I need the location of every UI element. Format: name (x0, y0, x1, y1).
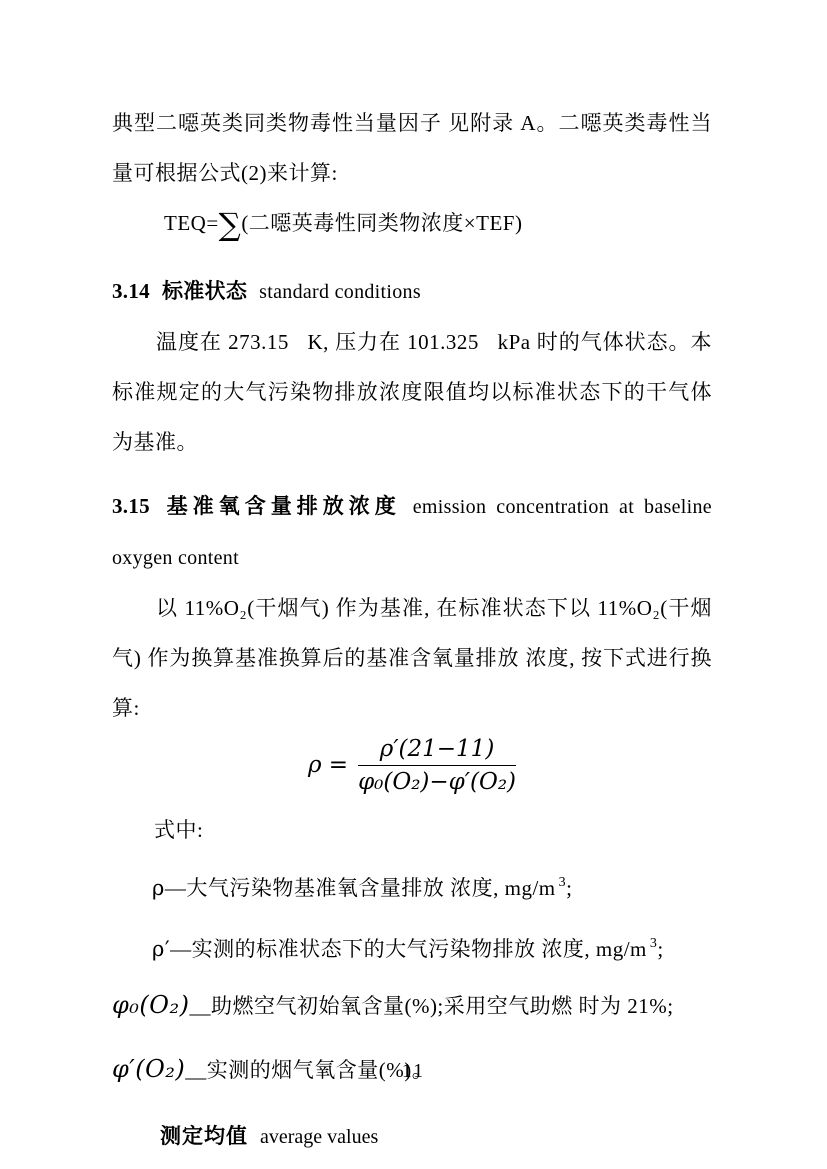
section-title-en: standard conditions (259, 281, 421, 303)
paragraph-standard-conditions: 温度在 273.15 K, 压力在 101.325 kPa 时的气体状态。本标准… (112, 317, 712, 467)
equation-teq-lhs: TEQ= (164, 211, 219, 235)
where-label: 式中: (112, 805, 712, 855)
definition-phi0-o2: φ₀(O₂)—助燃空气初始氧含量(%);采用空气助燃 时为 21%; (112, 977, 712, 1041)
page-number: 11 (0, 1060, 827, 1083)
definition-tail: ; (566, 876, 572, 900)
equation-teq: TEQ=∑(二噁英毒性同类物浓度×TEF) (112, 198, 712, 250)
definition-text: 大气污染物基准氧含量排放 浓度, mg/m (186, 876, 555, 900)
avg-title-en: average values (260, 1126, 378, 1148)
heading-average-values: 测定均值average values (112, 1111, 712, 1162)
section-number: 3.14 (112, 279, 150, 303)
sigma-symbol: ∑ (219, 207, 242, 243)
fraction-numerator: ρ′(21−11) (358, 736, 516, 766)
symbol-rho-prime: ρ′ (152, 937, 170, 961)
definition-text: 助燃空气初始氧含量(%);采用空气助燃 时为 21%; (211, 994, 674, 1018)
definition-rho: ρ—大气污染物基准氧含量排放 浓度, mg/m3; (112, 855, 712, 916)
definition-dash: — (170, 937, 192, 961)
fraction: ρ′(21−11) φ₀(O₂)−φ′(O₂) (358, 736, 516, 795)
section-number: 3.15 (112, 494, 150, 518)
fraction-denominator: φ₀(O₂)−φ′(O₂) (358, 766, 516, 795)
equation-teq-rhs: (二噁英毒性同类物浓度×TEF) (241, 211, 522, 235)
heading-3-14: 3.14标准状态standard conditions (112, 266, 712, 317)
equation-lhs: ρ = (308, 752, 348, 778)
paragraph-dioxin-teq-intro: 典型二噁英类同类物毒性当量因子 见附录 A。二噁英类毒性当量可根据公式(2)来计… (112, 98, 712, 198)
symbol-phi0-o2: φ₀(O₂) (112, 991, 189, 1019)
heading-3-15: 3.15基准氧含量排放浓度emission concentration at b… (112, 481, 712, 583)
document-page: 典型二噁英类同类物毒性当量因子 见附录 A。二噁英类毒性当量可根据公式(2)来计… (0, 0, 827, 1169)
paragraph-baseline-oxygen: 以 11%O₂(干烟气) 作为基准, 在标准状态下以 11%O₂(干烟气) 作为… (112, 583, 712, 733)
avg-title-zh: 测定均值 (160, 1124, 248, 1148)
section-title-zh: 基准氧含量排放浓度 (162, 494, 401, 518)
definition-dash: — (165, 876, 187, 900)
equation-oxygen-correction: ρ = ρ′(21−11) φ₀(O₂)−φ′(O₂) (112, 725, 712, 805)
section-title-zh: 标准状态 (162, 279, 247, 303)
symbol-rho: ρ (152, 876, 165, 900)
definition-rho-prime: ρ′—实测的标准状态下的大气污染物排放 浓度, mg/m3; (112, 916, 712, 977)
definition-dash: — (189, 985, 211, 1041)
definition-text: 实测的标准状态下的大气污染物排放 浓度, mg/m (192, 937, 647, 961)
superscript-3: 3 (559, 875, 567, 890)
definition-tail: ; (657, 937, 663, 961)
